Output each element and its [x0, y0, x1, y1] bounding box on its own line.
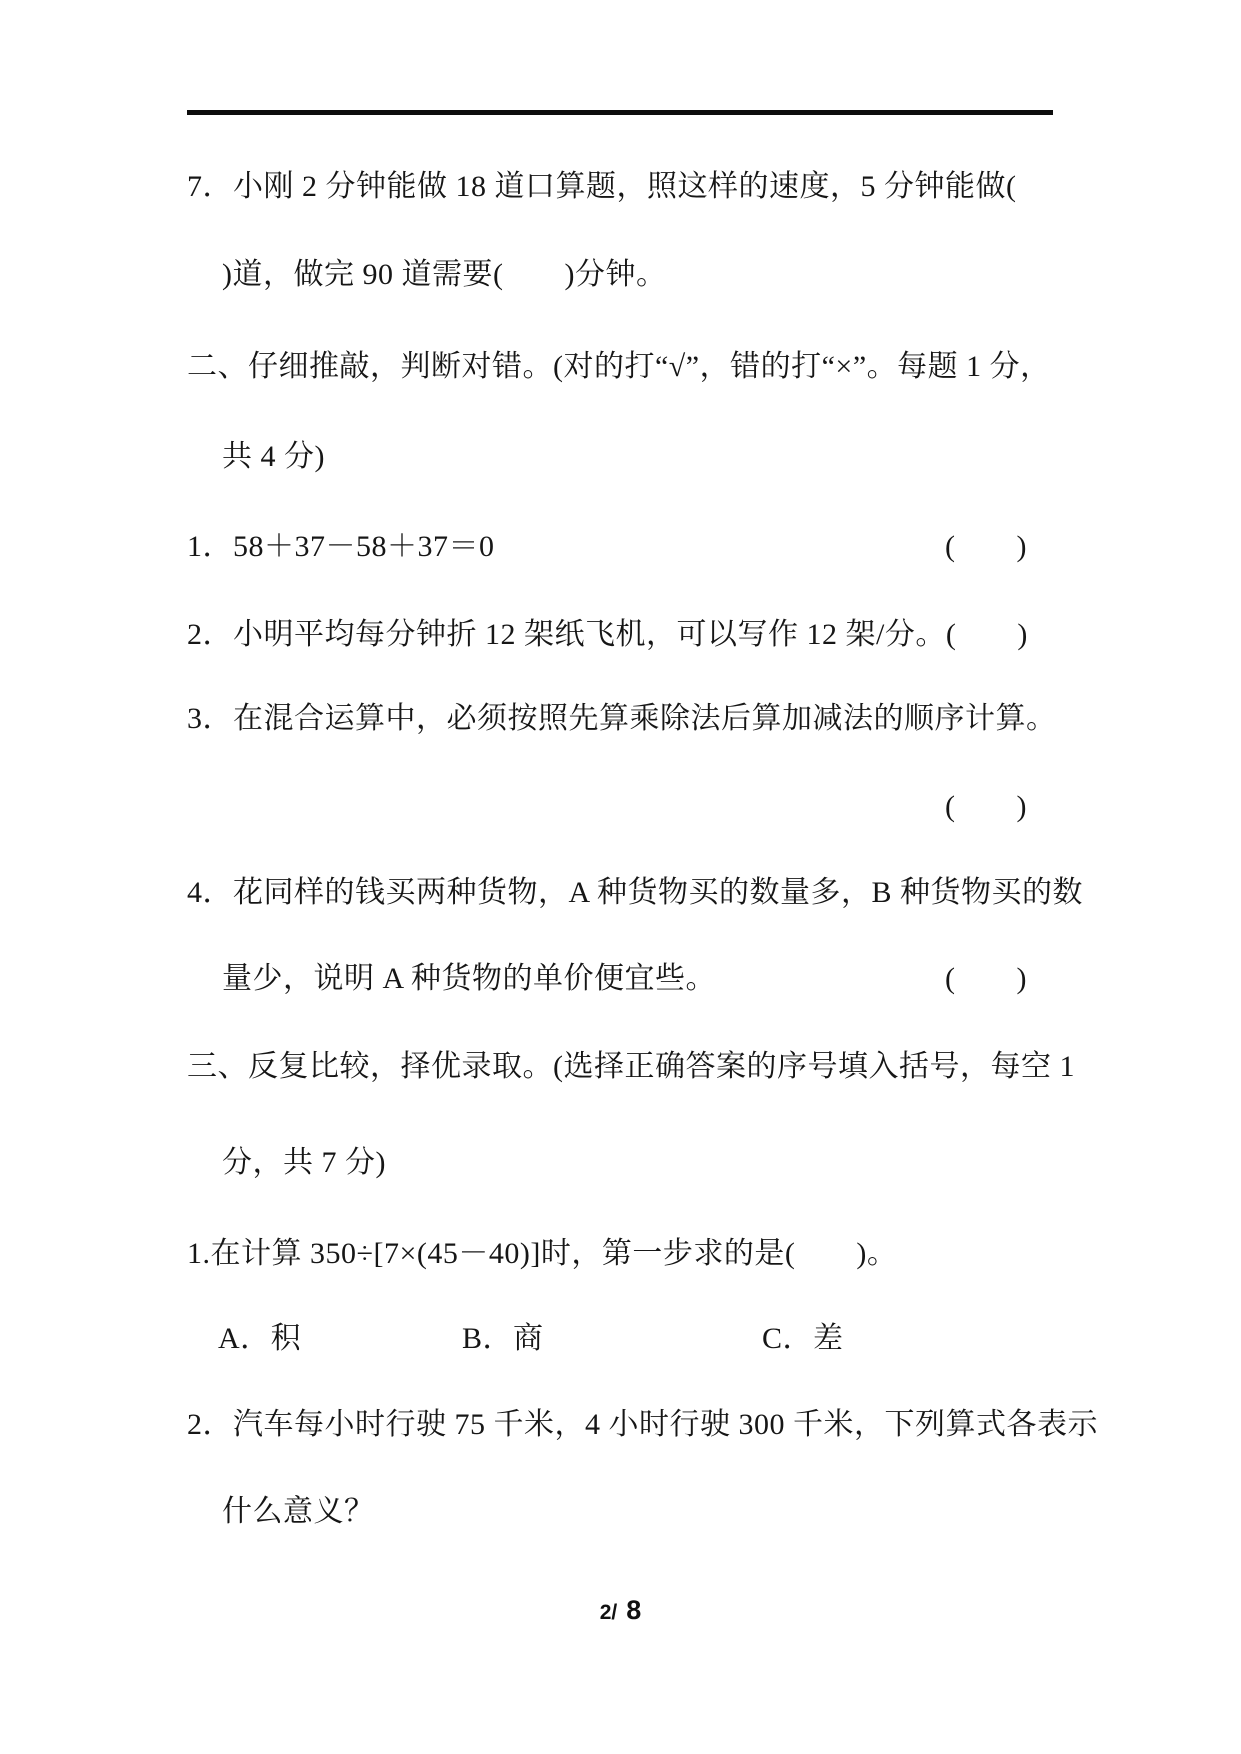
- tf-question-3-blank-line: ( ): [187, 788, 1053, 825]
- page-footer: 2/8: [0, 1595, 1241, 1626]
- tf-question-2-text: 2．小明平均每分钟折 12 架纸飞机，可以写作 12 架/分。: [187, 616, 946, 653]
- tf-question-1-answer-blank: ( ): [945, 528, 1053, 565]
- mc-option-c: C．差: [762, 1320, 844, 1357]
- mc-question-2-line-2: 什么意义？: [222, 1493, 1053, 1530]
- section-2-heading-line-2: 共 4 分): [222, 438, 1053, 475]
- section-3-heading-line-1: 三、反复比较，择优录取。(选择正确答案的序号填入括号，每空 1: [187, 1048, 1053, 1085]
- tf-question-1: 1．58＋37－58＋37＝0 ( ): [187, 528, 1053, 565]
- mc-option-b: B．商: [462, 1320, 544, 1357]
- tf-question-1-text: 1．58＋37－58＋37＝0: [187, 528, 495, 565]
- tf-question-2-answer-blank: ( ): [946, 616, 1054, 653]
- tf-question-3-answer-blank: ( ): [945, 788, 1053, 825]
- page-number-total: 8: [626, 1595, 641, 1625]
- mc-question-1: 1.在计算 350÷[7×(45－40)]时，第一步求的是( )。: [187, 1235, 1053, 1272]
- question-7-line-2: )道，做完 90 道需要( )分钟。: [222, 256, 1053, 293]
- header-rule: [187, 110, 1053, 115]
- page-number-current: 2/: [600, 1601, 618, 1624]
- tf-question-4-answer-blank: ( ): [945, 960, 1053, 997]
- tf-question-4-line-2: 量少，说明 A 种货物的单价便宜些。 ( ): [222, 960, 1053, 997]
- mc-option-a: A．积: [218, 1320, 301, 1357]
- tf-question-4-text: 量少，说明 A 种货物的单价便宜些。: [222, 960, 716, 997]
- tf-question-2: 2．小明平均每分钟折 12 架纸飞机，可以写作 12 架/分。 ( ): [187, 616, 1053, 653]
- section-3-heading-line-2: 分，共 7 分): [222, 1144, 1053, 1181]
- mc-question-2-line-1: 2．汽车每小时行驶 75 千米，4 小时行驶 300 千米，下列算式各表示: [187, 1406, 1053, 1443]
- section-2-heading-line-1: 二、仔细推敲，判断对错。(对的打“√”，错的打“×”。每题 1 分，: [187, 348, 1053, 385]
- tf-question-4-line-1: 4．花同样的钱买两种货物，A 种货物买的数量多，B 种货物买的数: [187, 874, 1053, 911]
- document-page: 7．小刚 2 分钟能做 18 道口算题，照这样的速度，5 分钟能做( )道，做完…: [0, 0, 1241, 1754]
- question-7-line-1: 7．小刚 2 分钟能做 18 道口算题，照这样的速度，5 分钟能做(: [187, 168, 1053, 205]
- tf-question-3: 3．在混合运算中，必须按照先算乘除法后算加减法的顺序计算。: [187, 700, 1053, 737]
